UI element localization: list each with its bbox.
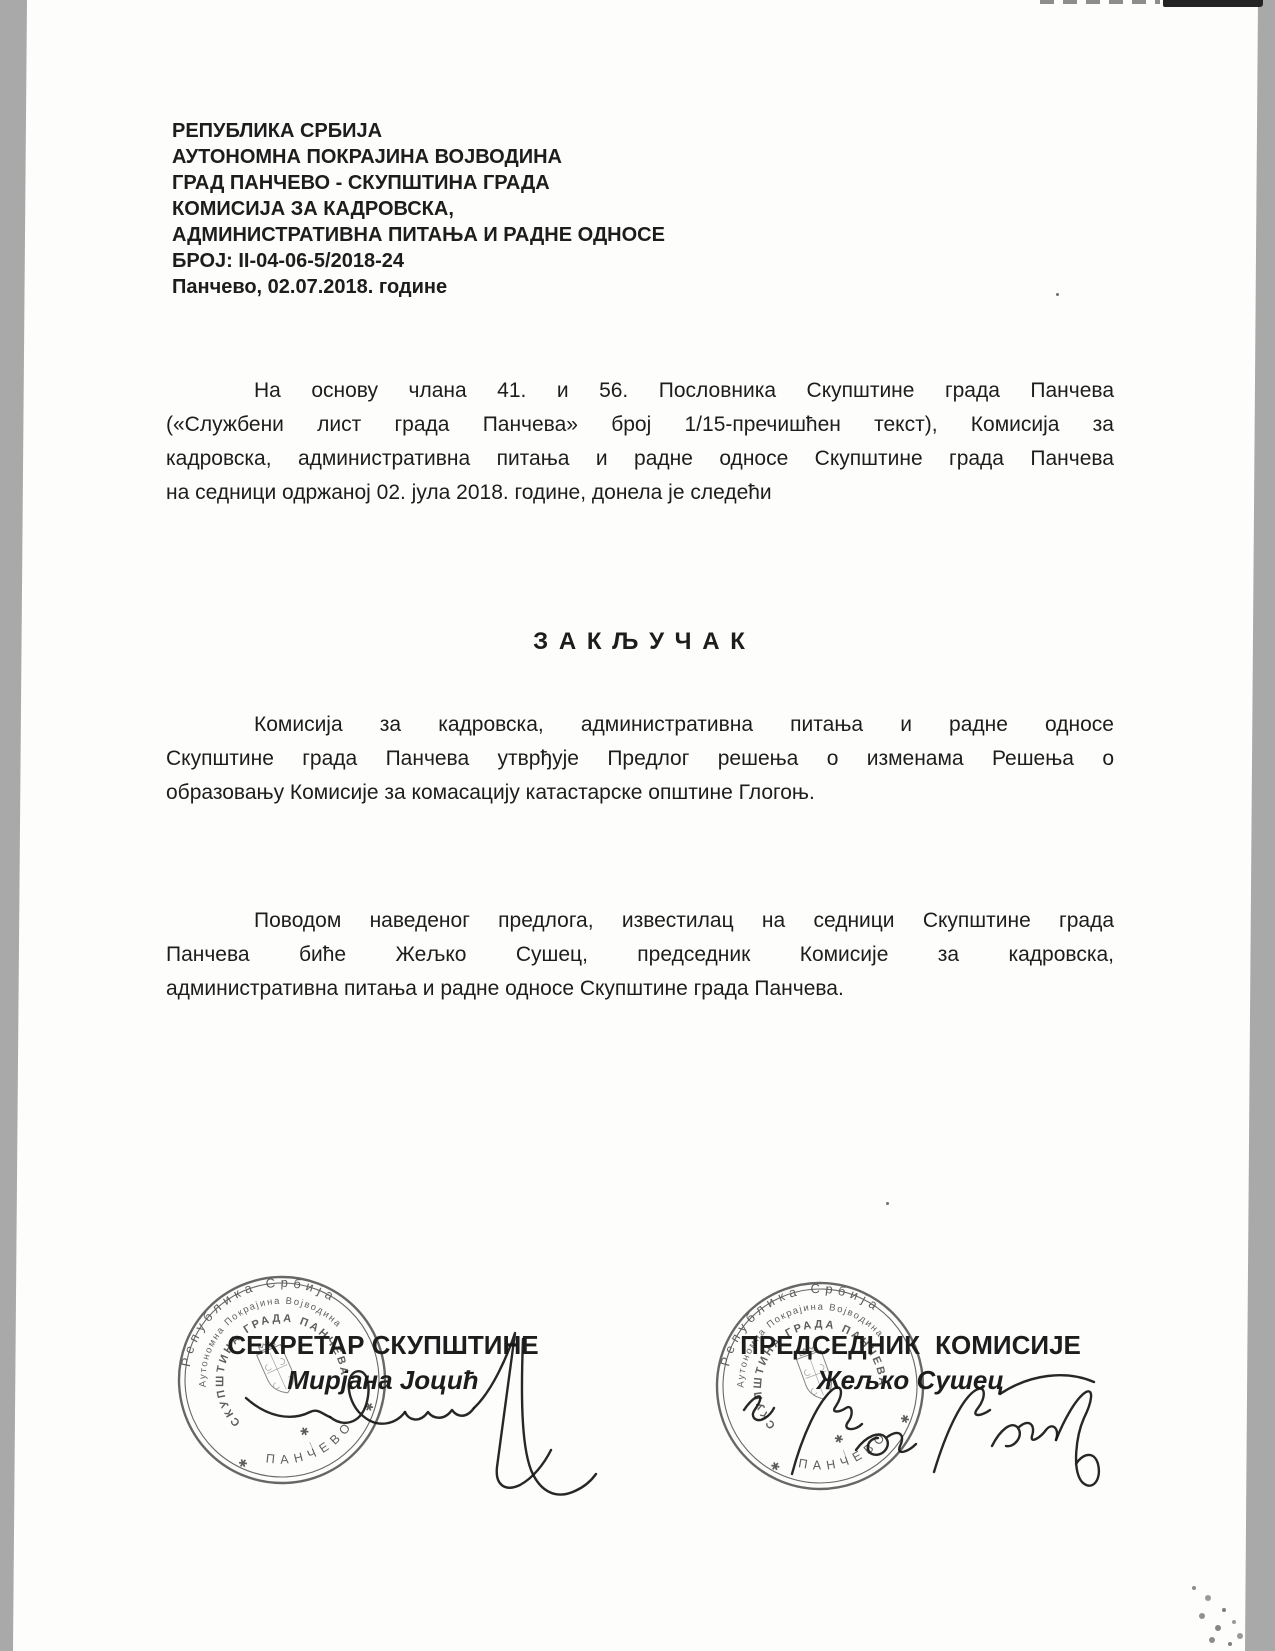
letterhead-line-republic: РЕПУБЛИКА СРБИЈА	[172, 118, 665, 144]
paragraph-line: образовању Комисије за комасацију катаст…	[166, 776, 1114, 810]
scanned-document-page: { "document": { "header_lines": [ "РЕПУБ…	[0, 0, 1275, 1651]
scan-speckles-bottom-right	[1192, 1586, 1196, 1590]
conclusion-paragraph: Комисија за кадровска, административна п…	[166, 708, 1114, 810]
paragraph-line: Комисија за кадровска, административна п…	[166, 708, 1114, 742]
paragraph-line: Скупштине града Панчева утврђује Предлог…	[166, 742, 1114, 776]
paragraph-line: кадровска, административна питања и радн…	[166, 442, 1114, 476]
signatory-name: Жељко Сушец	[738, 1365, 1083, 1396]
paragraph-line: административна питања и радне односе Ск…	[166, 972, 1114, 1006]
letterhead-line-province: АУТОНОМНА ПОКРАЈИНА ВОЈВОДИНА	[172, 144, 665, 170]
rapporteur-paragraph: Поводом наведеног предлога, известилац н…	[166, 904, 1114, 1006]
stamp-star-icon: ✱	[237, 1457, 250, 1472]
letterhead-line-city: ГРАД ПАНЧЕВО - СКУПШТИНА ГРАДА	[172, 170, 665, 196]
scan-artifact-top-dark	[1163, 0, 1263, 7]
letterhead: РЕПУБЛИКА СРБИЈА АУТОНОМНА ПОКРАЈИНА ВОЈ…	[172, 118, 665, 300]
scan-artifact-top-gray	[1040, 0, 1160, 4]
signatory-name: Мирјана Јоцић	[218, 1365, 548, 1396]
scan-edge-left	[0, 0, 27, 1651]
paragraph-line: Панчева биће Жељко Сушец, председник Ком…	[166, 938, 1114, 972]
stamp-star-icon: ✱	[363, 1400, 376, 1415]
letterhead-line-commission-2: АДМИНИСТРАТИВНА ПИТАЊА И РАДНЕ ОДНОСЕ	[172, 222, 665, 248]
letterhead-line-number: БРОЈ: II-04-06-5/2018-24	[172, 248, 665, 274]
stamp-star-icon: ✱	[899, 1413, 912, 1427]
signatory-role: ПРЕДСЕДНИК КОМИСИЈЕ	[738, 1330, 1083, 1361]
scan-edge-right	[1245, 0, 1275, 1651]
paragraph-line: на седници одржаној 02. јула 2018. годин…	[166, 476, 1114, 510]
document-title: З А К Љ У Ч А К	[166, 628, 1114, 656]
paragraph-line: На основу члана 41. и 56. Пословника Ску…	[166, 374, 1114, 408]
signatory-role: СЕКРЕТАР СКУПШТИНЕ	[218, 1330, 548, 1361]
paragraph-line: Поводом наведеног предлога, известилац н…	[166, 904, 1114, 938]
signature-block-secretary: СЕКРЕТАР СКУПШТИНЕ Мирјана Јоцић	[218, 1330, 548, 1396]
letterhead-line-date: Панчево, 02.07.2018. године	[172, 274, 665, 300]
paragraph-line: («Службени лист града Панчева» број 1/15…	[166, 408, 1114, 442]
letterhead-line-commission-1: КОМИСИЈА ЗА КАДРОВСКА,	[172, 196, 665, 222]
stamp-star-icon: ✱	[298, 1425, 311, 1440]
intro-paragraph: На основу члана 41. и 56. Пословника Ску…	[166, 374, 1114, 510]
scan-speck	[886, 1202, 889, 1205]
scan-speck	[1056, 293, 1059, 296]
stamp-star-icon: ✱	[769, 1460, 782, 1474]
signature-block-president: ПРЕДСЕДНИК КОМИСИЈЕ Жељко Сушец	[738, 1330, 1083, 1396]
stamp-star-icon: ✱	[833, 1432, 846, 1446]
